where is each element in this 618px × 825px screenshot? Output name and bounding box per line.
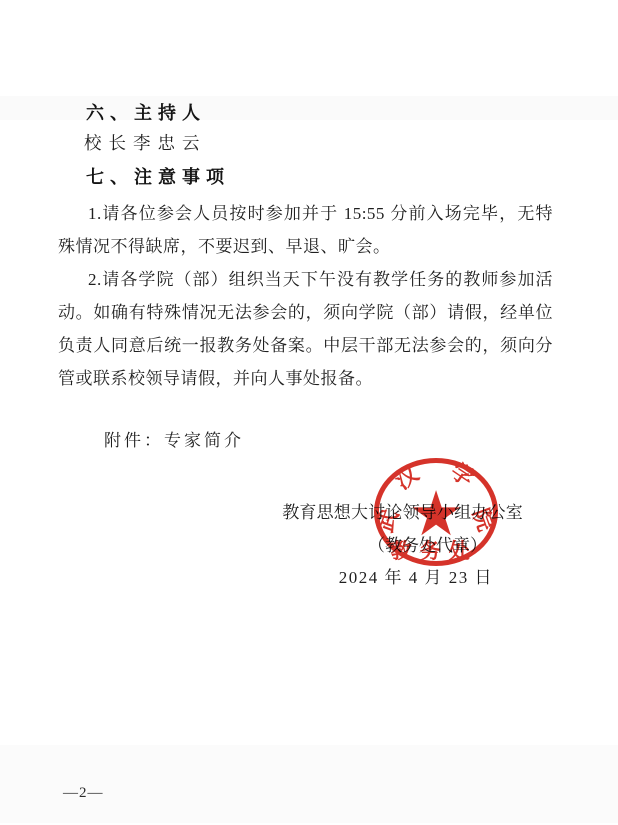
signature-stamp-note: （教务处代章） [368,531,487,556]
host-name-line: 校长李忠云 [84,130,207,155]
seal-ring-char: 学 [447,460,478,491]
note-paragraph-1: 1.请各位参会人员按时参加并于 15:55 分前入场完毕，无特殊情况不得缺席，不… [58,197,553,263]
attachment-line: 附件：专家简介 [104,426,244,451]
note-paragraph-2: 2.请各学院（部）组织当天下午没有教学任务的教师参加活动。如确有特殊情况无法参会… [58,263,553,395]
signature-date: 2024 年 4 月 23 日 [339,563,493,588]
section-heading-host: 六、主持人 [86,99,206,125]
document-page: 六、主持人 校长李忠云 七、注意事项 1.请各位参会人员按时参加并于 15:55… [0,0,618,825]
seal-ring-char: 汉 [392,463,423,494]
signature-office-name: 教育思想大讨论领导小组办公室 [282,498,523,523]
page-number: —2— [63,785,104,802]
section-heading-notes: 七、注意事项 [86,163,230,189]
scan-artifact-band [0,745,618,823]
notes-body: 1.请各位参会人员按时参加并于 15:55 分前入场完毕，无特殊情况不得缺席，不… [58,197,553,395]
